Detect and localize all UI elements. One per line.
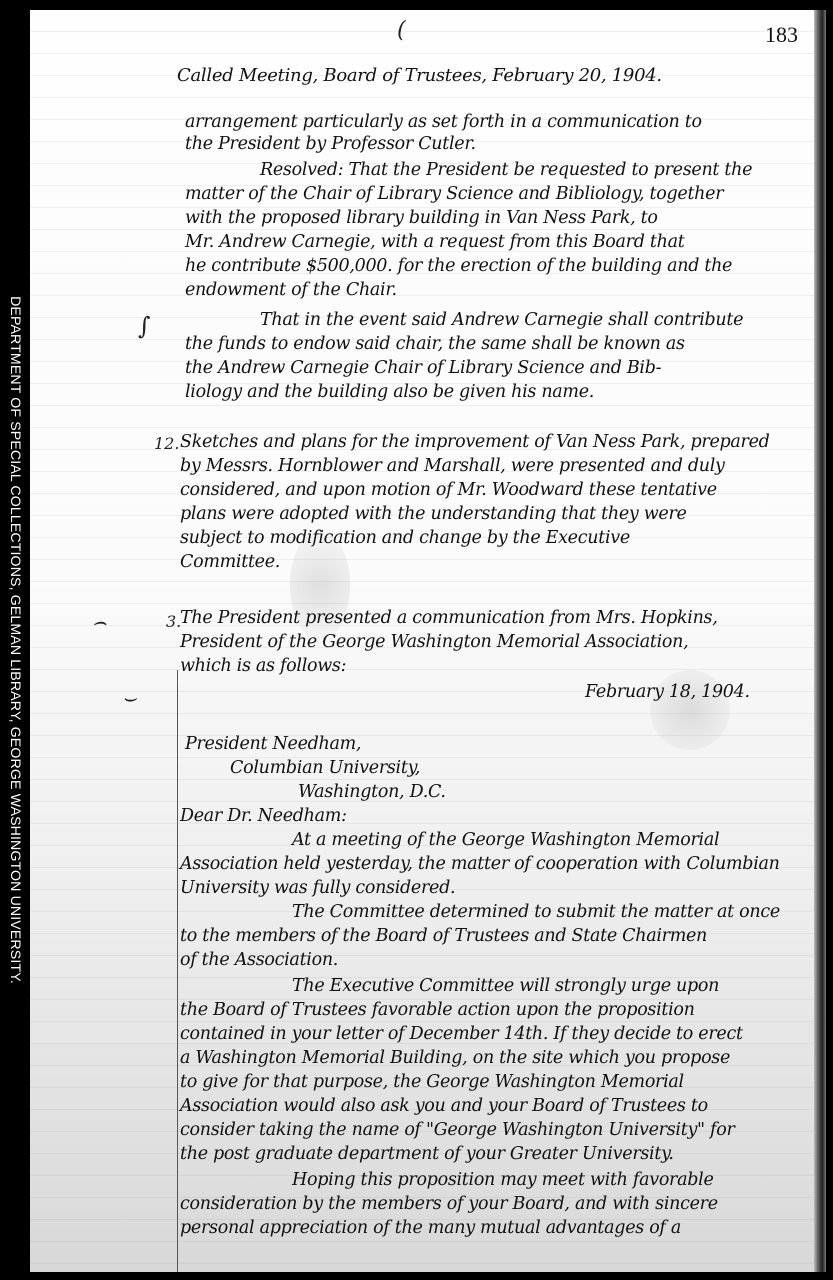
resolution-line: Resolved: That the President be requeste… — [260, 160, 752, 180]
letter-salutation: Dear Dr. Needham: — [180, 806, 347, 826]
item-line: The President presented a communication … — [180, 608, 717, 628]
item-line: Sketches and plans for the improvement o… — [180, 432, 770, 452]
scan-border-bottom — [30, 1272, 833, 1280]
margin-flourish: ⌣ — [122, 686, 136, 711]
scan-border-top — [30, 0, 833, 10]
resolution-line: with the proposed library building in Va… — [185, 208, 658, 228]
resolution-line: endowment of the Chair. — [185, 280, 397, 300]
item-line: subject to modification and change by th… — [180, 528, 630, 548]
letter-line: Association held yesterday, the matter o… — [180, 854, 780, 874]
item-line: by Messrs. Hornblower and Marshall, were… — [180, 456, 725, 476]
resolution-line: Mr. Andrew Carnegie, with a request from… — [185, 232, 684, 252]
letter-line: At a meeting of the George Washington Me… — [292, 830, 719, 850]
letter-line: Hoping this proposition may meet with fa… — [292, 1170, 714, 1190]
pencil-mark: ( — [397, 18, 406, 43]
letter-address-line: President Needham, — [185, 734, 361, 754]
letter-line: of the Association. — [180, 950, 338, 970]
meeting-title: Called Meeting, Board of Trustees, Febru… — [177, 65, 662, 86]
letter-line: consider taking the name of "George Wash… — [180, 1120, 735, 1140]
resolution-line: matter of the Chair of Library Science a… — [185, 184, 723, 204]
credit-strip: DEPARTMENT OF SPECIAL COLLECTIONS, GELMA… — [0, 0, 30, 1280]
letter-line: to the members of the Board of Trustees … — [180, 926, 707, 946]
letter-address-line: Columbian University, — [230, 758, 420, 778]
item-line: which is as follows: — [180, 656, 346, 676]
letter-line: to give for that purpose, the George Was… — [180, 1072, 684, 1092]
item-number: 3. — [166, 612, 181, 631]
letter-address-line: Washington, D.C. — [298, 782, 446, 802]
margin-flourish: ∫ — [138, 312, 151, 340]
letter-line: personal appreciation of the many mutual… — [180, 1218, 681, 1238]
text-line: arrangement particularly as set forth in… — [185, 112, 702, 132]
item-line: President of the George Washington Memor… — [180, 632, 688, 652]
letter-line: Association would also ask you and your … — [180, 1096, 708, 1116]
ledger-page: ( 183 Called Meeting, Board of Trustees,… — [30, 10, 826, 1272]
text-line: the President by Professor Cutler. — [185, 134, 476, 154]
page-number: 183 — [765, 22, 798, 48]
item-line: plans were adopted with the understandin… — [180, 504, 687, 524]
letter-line: contained in your letter of December 14t… — [180, 1024, 743, 1044]
letter-line: University was fully considered. — [180, 878, 455, 898]
letter-line: The Committee determined to submit the m… — [292, 902, 780, 922]
resolution-line: liology and the building also be given h… — [185, 382, 594, 402]
item-number: 12. — [154, 434, 179, 453]
letter-line: consideration by the members of your Boa… — [180, 1194, 718, 1214]
margin-rule-line — [177, 670, 178, 1272]
letter-line: the post graduate department of your Gre… — [180, 1144, 674, 1164]
resolution-line: he contribute $500,000. for the erection… — [185, 256, 732, 276]
letter-line: The Executive Committee will strongly ur… — [292, 976, 719, 996]
letter-line: the Board of Trustees favorable action u… — [180, 1000, 695, 1020]
resolution-line: That in the event said Andrew Carnegie s… — [260, 310, 743, 330]
item-line: considered, and upon motion of Mr. Woodw… — [180, 480, 717, 500]
resolution-line: the funds to endow said chair, the same … — [185, 334, 685, 354]
margin-flourish: ⌢ — [92, 610, 106, 635]
letter-line: a Washington Memorial Building, on the s… — [180, 1048, 730, 1068]
item-line: Committee. — [180, 552, 280, 572]
resolution-line: the Andrew Carnegie Chair of Library Sci… — [185, 358, 661, 378]
letter-date: February 18, 1904. — [585, 682, 750, 702]
archive-credit-line: DEPARTMENT OF SPECIAL COLLECTIONS, GELMA… — [7, 296, 23, 984]
